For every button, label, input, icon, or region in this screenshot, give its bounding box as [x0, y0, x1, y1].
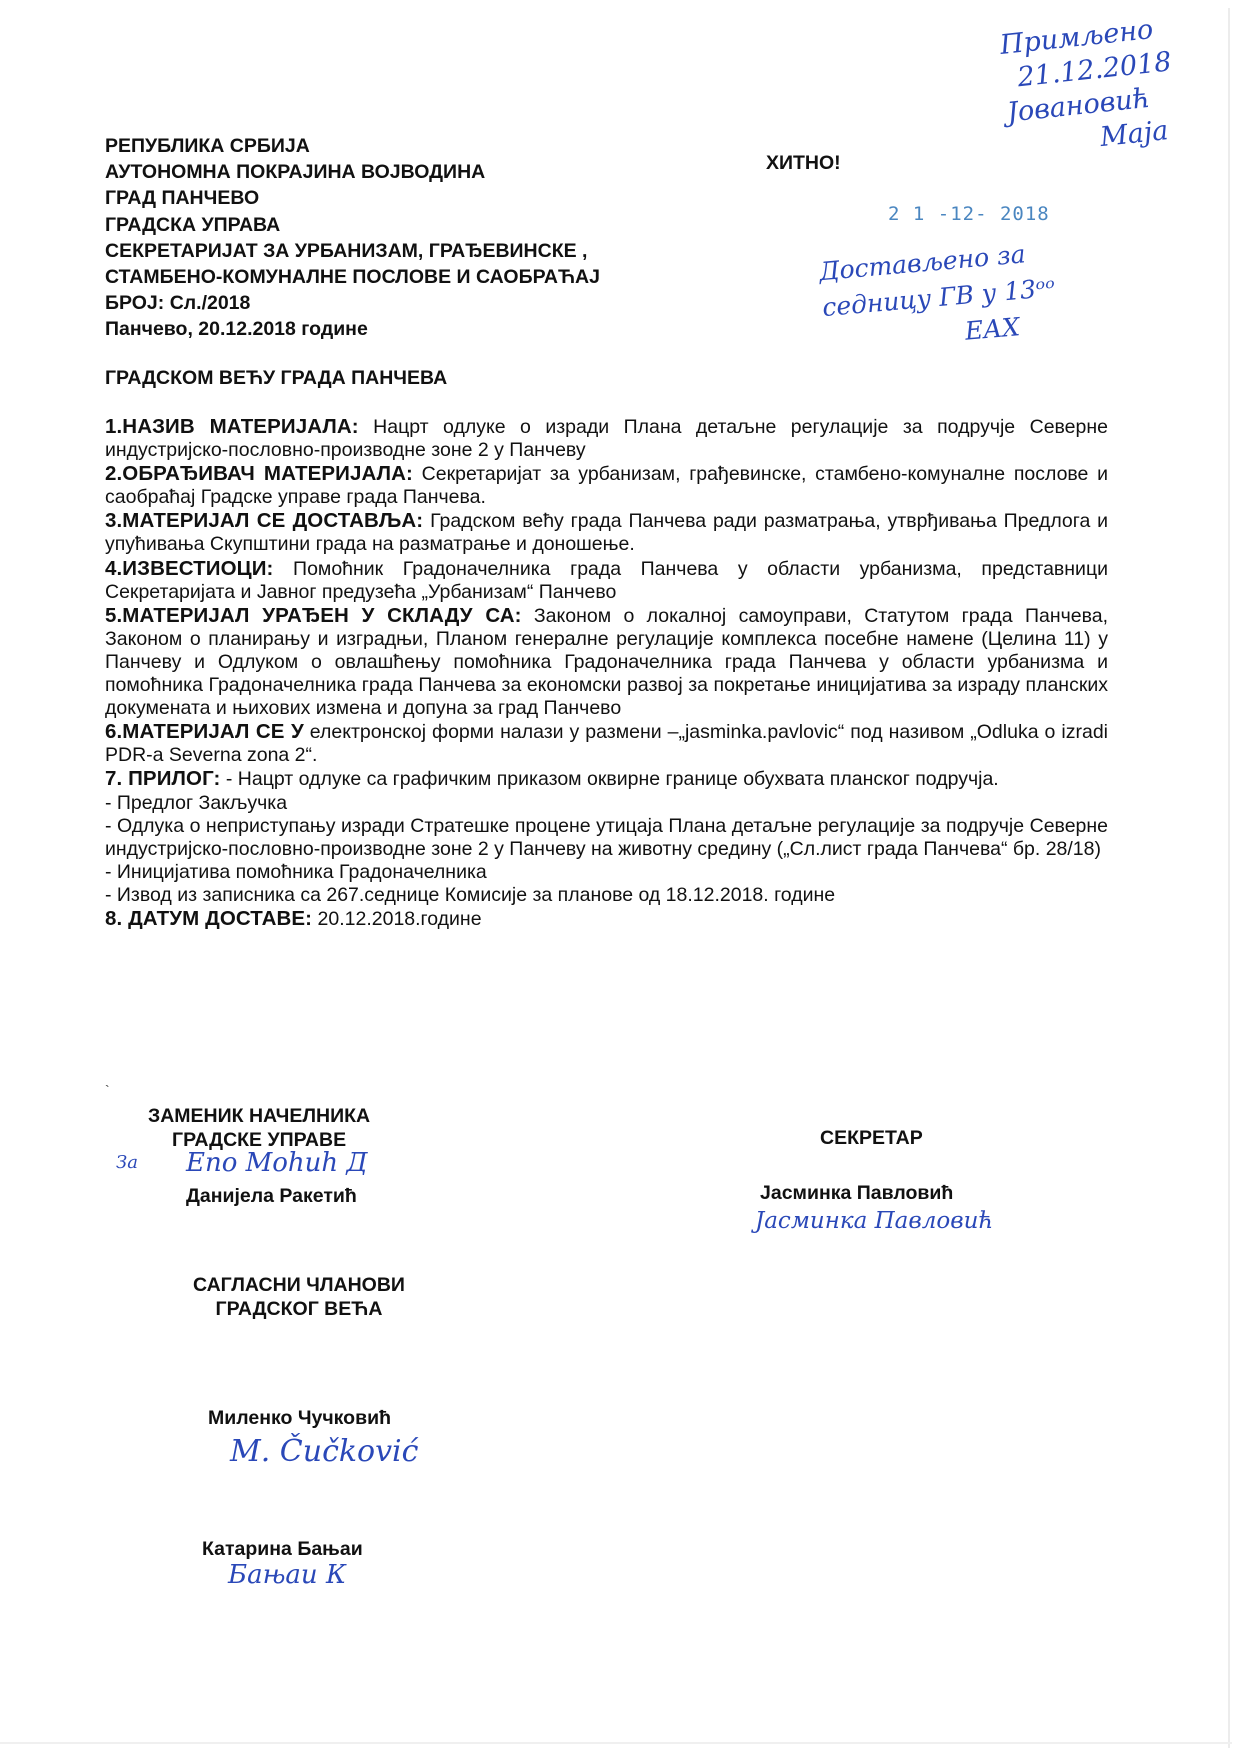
scan-edge-bottom [0, 1742, 1232, 1744]
deputy-handwritten-signature: Еnо Моhиh Д [186, 1148, 368, 1178]
member-handwritten-signature: Бањаи К [228, 1560, 346, 1590]
delivery-date: 20.12.2018.године [312, 908, 481, 930]
secretary-handwritten-signature: Јасминка Павловић [755, 1208, 993, 1234]
section-label: 1.НАЗИВ МАТЕРИЈАЛА: [105, 415, 359, 438]
section-label: 7. ПРИЛОГ: [105, 767, 220, 790]
attachment-item: - Извод из записника са 267.седнице Коми… [105, 884, 1108, 907]
document-page: РЕПУБЛИКА СРБИЈА АУТОНОМНА ПОКРАЈИНА ВОЈ… [0, 0, 1240, 1752]
section-2: 2.ОБРАЂИВАЧ МАТЕРИЈАЛА: Секретаријат за … [105, 462, 1108, 509]
secretary-name: Јасминка Павловић [760, 1181, 953, 1205]
recipient: ГРАДСКОМ ВЕЋУ ГРАДА ПАНЧЕВА [105, 367, 447, 390]
section-4: 4.ИЗВЕСТИОЦИ: Помоћник Градоначелника гр… [105, 557, 1108, 604]
section-3: 3.МАТЕРИЈАЛ СЕ ДОСТАВЉА: Градском већу г… [105, 509, 1108, 556]
letterhead-line: РЕПУБЛИКА СРБИЈА [105, 133, 600, 159]
deputy-title: ЗАМЕНИК НАЧЕЛНИКА [148, 1104, 370, 1128]
member-name: Катарина Бањаи [202, 1537, 363, 1561]
attachment-item: - Иницијатива помоћника Градоначелника [105, 861, 1108, 884]
deputy-name: Данијела Ракетић [186, 1184, 357, 1208]
deputy-prefix-handwriting: За [116, 1152, 138, 1173]
received-annotation: Примљено 21.12.2018 Јовановић Маја [998, 12, 1180, 165]
letterhead-line: ГРАДСКА УПРАВА [105, 212, 600, 238]
stray-mark: ` [105, 1082, 110, 1098]
letterhead-line: АУТОНОМНА ПОКРАЈИНА ВОЈВОДИНА [105, 159, 600, 185]
deputy-signature-block: ЗАМЕНИК НАЧЕЛНИКА ГРАДСКЕ УПРАВЕ [148, 1104, 370, 1152]
member-name: Миленко Чучковић [208, 1406, 391, 1430]
urgent-label: ХИТНО! [766, 152, 841, 175]
scan-edge [1228, 8, 1230, 1748]
letterhead: РЕПУБЛИКА СРБИЈА АУТОНОМНА ПОКРАЈИНА ВОЈ… [105, 133, 600, 343]
date-stamp: 2 1 -12- 2018 [888, 203, 1050, 225]
section-6: 6.МАТЕРИЈАЛ СЕ У електронској форми нала… [105, 720, 1108, 767]
council-heading-line: ГРАДСКОГ ВЕЋА [193, 1297, 405, 1321]
delivered-annotation: Достављено за седницу ГВ у 13ᵒᵒ ЕАХ [818, 234, 1060, 362]
letterhead-line: ГРАД ПАНЧЕВО [105, 185, 600, 211]
letterhead-line: СЕКРЕТАРИЈАТ ЗА УРБАНИЗАМ, ГРАЂЕВИНСКЕ , [105, 238, 600, 264]
attachment-item: - Предлог Закључка [105, 792, 1108, 815]
section-label: 4.ИЗВЕСТИОЦИ: [105, 557, 273, 580]
council-heading-line: САГЛАСНИ ЧЛАНОВИ [193, 1273, 405, 1297]
council-heading: САГЛАСНИ ЧЛАНОВИ ГРАДСКОГ ВЕЋА [193, 1273, 405, 1321]
section-5: 5.МАТЕРИЈАЛ УРАЂЕН У СКЛАДУ СА: Законом … [105, 604, 1108, 720]
section-1: 1.НАЗИВ МАТЕРИЈАЛА: Нацрт одлуке о израд… [105, 415, 1108, 462]
section-label: 8. ДАТУМ ДОСТАВЕ: [105, 907, 312, 930]
member-handwritten-signature: M. Čučković [230, 1434, 418, 1469]
section-label: 3.МАТЕРИЈАЛ СЕ ДОСТАВЉА: [105, 509, 423, 532]
section-label: 5.МАТЕРИЈАЛ УРАЂЕН У СКЛАДУ СА: [105, 604, 522, 627]
document-number: БРОЈ: Сл./2018 [105, 290, 600, 316]
section-label: 2.ОБРАЂИВАЧ МАТЕРИЈАЛА: [105, 462, 413, 485]
letterhead-line: СТАМБЕНО-КОМУНАЛНЕ ПОСЛОВЕ И САОБРАЋАЈ [105, 264, 600, 290]
secretary-title: СЕКРЕТАР [820, 1126, 923, 1150]
document-date: Панчево, 20.12.2018 године [105, 316, 600, 342]
document-body: 1.НАЗИВ МАТЕРИЈАЛА: Нацрт одлуке о израд… [105, 415, 1108, 931]
section-8: 8. ДАТУМ ДОСТАВЕ: 20.12.2018.године [105, 907, 1108, 931]
section-label: 6.МАТЕРИЈАЛ СЕ У [105, 720, 304, 743]
attachment-item: - Одлука о неприступању изради Стратешке… [105, 815, 1108, 861]
section-7: 7. ПРИЛОГ: - Нацрт одлуке са графичким п… [105, 767, 1108, 791]
section-text: - Нацрт одлуке са графичким приказом окв… [220, 768, 998, 790]
